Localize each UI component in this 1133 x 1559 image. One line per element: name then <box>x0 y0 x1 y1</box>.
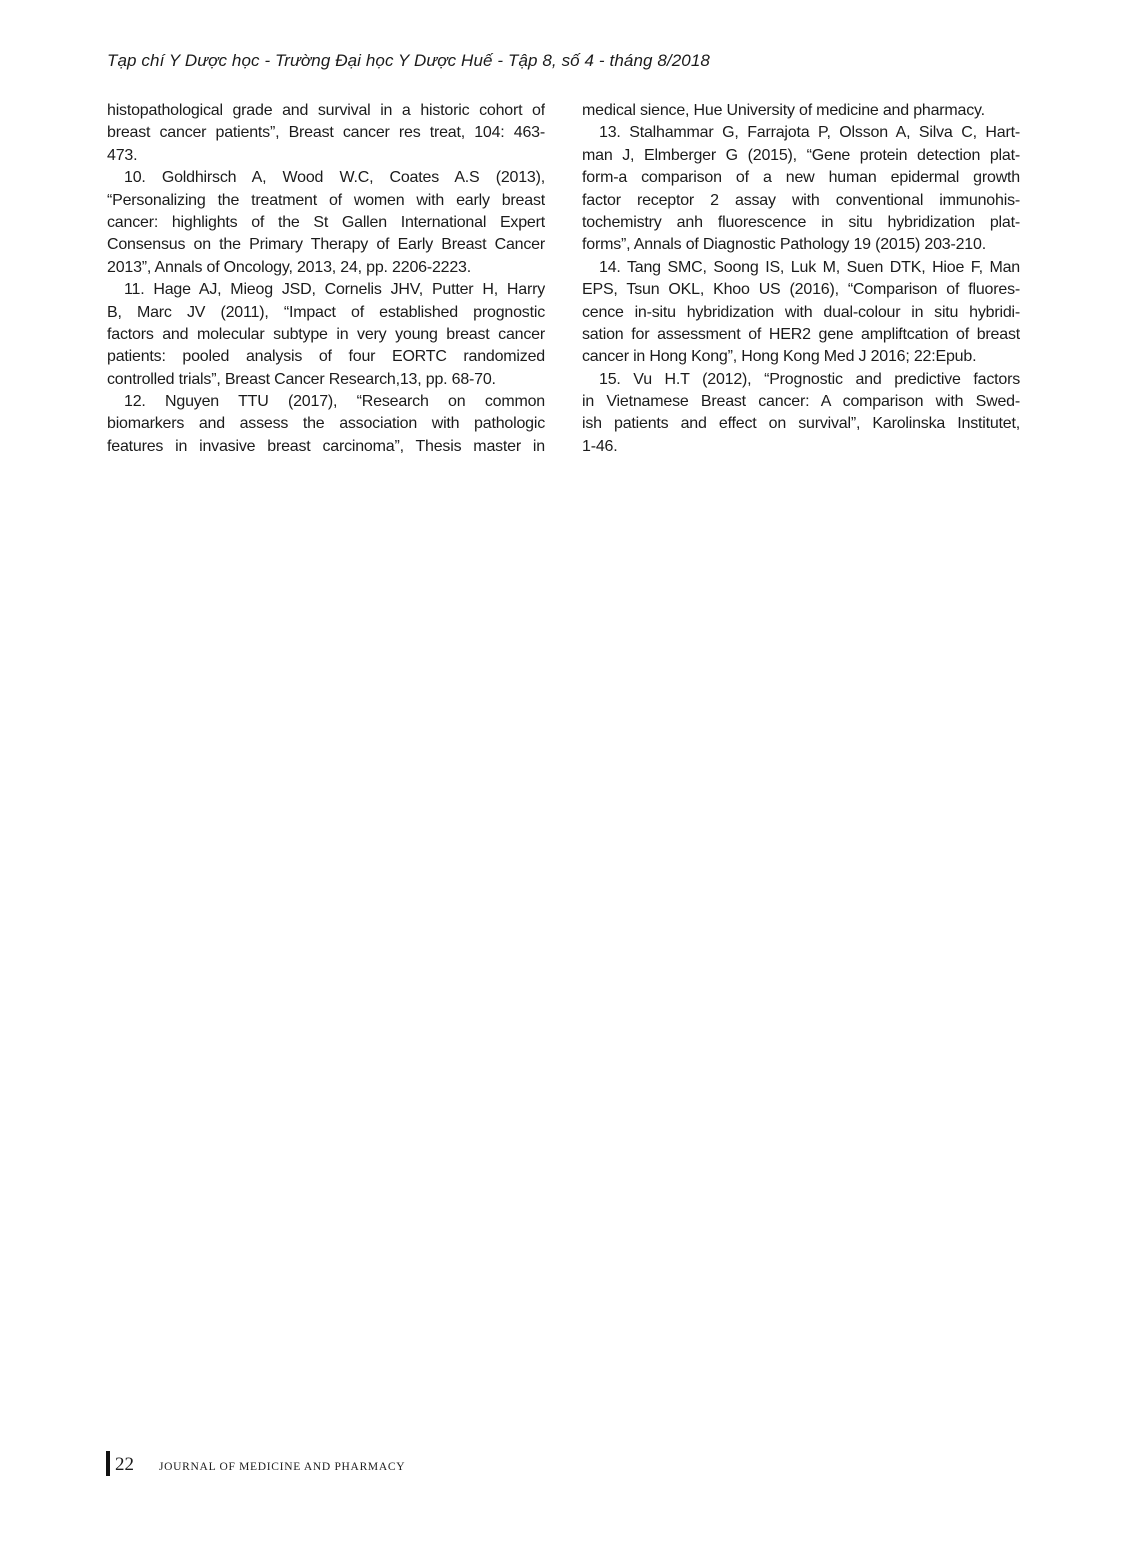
reference-line: medical sience, Hue University of medici… <box>582 100 1020 122</box>
journal-footer-title: JOURNAL OF MEDICINE AND PHARMACY <box>159 1461 405 1473</box>
reference-line: 10. Goldhirsch A, Wood W.C, Coates A.S (… <box>107 167 545 189</box>
reference-line: tochemistry anh fluorescence in situ hyb… <box>582 212 1020 234</box>
reference-line: 473. <box>107 145 545 167</box>
reference-line: ish patients and effect on survival”, Ka… <box>582 413 1020 435</box>
reference-line: man J, Elmberger G (2015), “Gene protein… <box>582 145 1020 167</box>
reference-line: forms”, Annals of Diagnostic Pathology 1… <box>582 234 1020 256</box>
reference-line: “Personalizing the treatment of women wi… <box>107 190 545 212</box>
reference-line: features in invasive breast carcinoma”, … <box>107 436 545 458</box>
references-right-column: medical sience, Hue University of medici… <box>582 100 1020 458</box>
reference-line: 13. Stalhammar G, Farrajota P, Olsson A,… <box>582 122 1020 144</box>
reference-line: 14. Tang SMC, Soong IS, Luk M, Suen DTK,… <box>582 257 1020 279</box>
reference-line: sation for assessment of HER2 gene ampli… <box>582 324 1020 346</box>
references-two-column-layout: histopathological grade and survival in … <box>107 100 1020 458</box>
reference-line: cence in-situ hybridization with dual-co… <box>582 302 1020 324</box>
reference-line: 12. Nguyen TTU (2017), “Research on comm… <box>107 391 545 413</box>
reference-line: B, Marc JV (2011), “Impact of establishe… <box>107 302 545 324</box>
reference-line: histopathological grade and survival in … <box>107 100 545 122</box>
references-left-column: histopathological grade and survival in … <box>107 100 545 458</box>
page-number: 22 <box>115 1455 134 1474</box>
reference-line: factor receptor 2 assay with conventiona… <box>582 190 1020 212</box>
reference-line: patients: pooled analysis of four EORTC … <box>107 346 545 368</box>
reference-line: EPS, Tsun OKL, Khoo US (2016), “Comparis… <box>582 279 1020 301</box>
reference-line: 15. Vu H.T (2012), “Prognostic and predi… <box>582 369 1020 391</box>
reference-line: biomarkers and assess the association wi… <box>107 413 545 435</box>
page-header-journal-info: Tạp chí Y Dược học - Trường Đại học Y Dư… <box>107 51 710 71</box>
reference-line: factors and molecular subtype in very yo… <box>107 324 545 346</box>
reference-line: 1-46. <box>582 436 1020 458</box>
reference-line: breast cancer patients”, Breast cancer r… <box>107 122 545 144</box>
reference-line: controlled trials”, Breast Cancer Resear… <box>107 369 545 391</box>
journal-page: Tạp chí Y Dược học - Trường Đại học Y Dư… <box>0 0 1133 1559</box>
reference-line: cancer: highlights of the St Gallen Inte… <box>107 212 545 234</box>
reference-line: Consensus on the Primary Therapy of Earl… <box>107 234 545 256</box>
footer-rule <box>106 1451 110 1476</box>
reference-line: 11. Hage AJ, Mieog JSD, Cornelis JHV, Pu… <box>107 279 545 301</box>
reference-line: cancer in Hong Kong”, Hong Kong Med J 20… <box>582 346 1020 368</box>
reference-line: in Vietnamese Breast cancer: A compariso… <box>582 391 1020 413</box>
reference-line: form-a comparison of a new human epiderm… <box>582 167 1020 189</box>
reference-line: 2013”, Annals of Oncology, 2013, 24, pp.… <box>107 257 545 279</box>
